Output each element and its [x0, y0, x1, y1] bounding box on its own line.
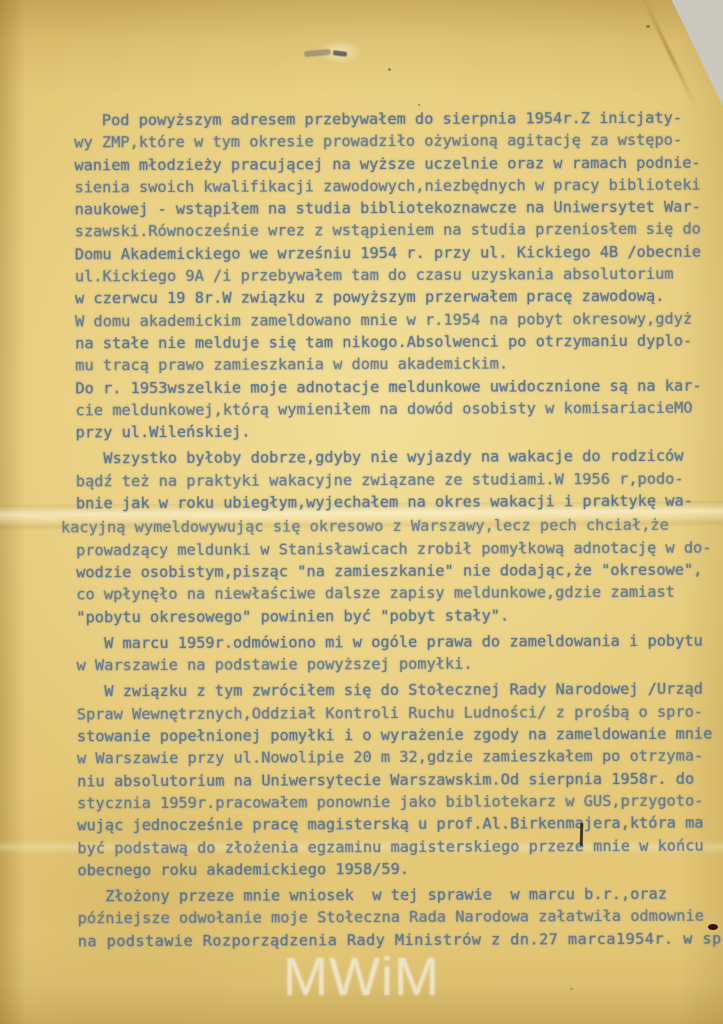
text-line: Pod powyższym adresem przebywałem do sie…	[74, 107, 714, 132]
text-line: przy ul.Wileńskiej.	[76, 419, 716, 444]
text-line: W związku z tym zwróciłem się do Stołecz…	[77, 678, 717, 703]
text-line: sienia swoich kwalifikacji zawodowych,ni…	[74, 173, 714, 198]
paragraph: Pod powyższym adresem przebywałem do sie…	[74, 107, 715, 444]
text-line: bądź też na praktyki wakacyjne związane …	[76, 467, 716, 492]
text-line: wy ZMP,które w tym okresie prowadziło oż…	[74, 129, 714, 154]
text-line: kacyjną wymeldowywując się okresowo z Wa…	[61, 514, 716, 539]
text-line: naukowej - wstąpiłem na studia bibliotek…	[75, 196, 715, 221]
text-line: szawski.Równocześnie wrez z wstąpieniem …	[75, 218, 715, 243]
text-block: Pod powyższym adresem przebywałem do sie…	[74, 107, 718, 953]
text-line: późniejsze odwołanie moje Stołeczna Rada…	[78, 905, 718, 930]
archive-watermark: MWiM	[0, 946, 723, 1008]
paper-speck	[646, 25, 650, 28]
text-line: Spraw Wewnętrznych,Oddział Kontroli Ruch…	[77, 700, 717, 725]
paper-speck	[418, 104, 420, 106]
text-line: Złożony przeze mnie wniosek w tej sprawi…	[78, 883, 718, 908]
text-line: ul.Kickiego 9A /i przebywałem tam do cza…	[75, 263, 715, 288]
text-line: prowadzący meldunki w Stanisławicach zro…	[76, 536, 716, 561]
text-line: W marcu 1959r.odmówiono mi w ogóle prawa…	[76, 629, 716, 654]
ink-dot-mark	[708, 924, 718, 930]
text-line: stycznia 1959r.pracowałem ponownie jako …	[77, 790, 717, 815]
text-line: Wszystko byłoby dobrze,gdyby nie wyjazdy…	[76, 445, 716, 470]
text-line: "pobytu okresowego" powinien być "pobyt …	[76, 603, 716, 628]
text-line: cie meldunkowej,którą wymieniłem na dowó…	[75, 396, 715, 421]
scanned-document-photo: { "document": { "watermark": "MWiM", "pa…	[0, 0, 723, 1024]
text-line: niu absolutorium na Uniwersytecie Warsza…	[77, 767, 717, 792]
paper-speck	[208, 160, 211, 162]
pencil-smudge-mark	[300, 42, 356, 62]
text-line: wując jednocześnie pracę magisterską u p…	[77, 812, 717, 837]
paragraph: kacyjną wymeldowywując się okresowo z Wa…	[76, 514, 716, 628]
text-line: co wpłynęło na niewłaściwe dalsze zapisy…	[76, 581, 716, 606]
text-line: waniem młodzieży pracującej na wyższe uc…	[74, 151, 714, 176]
text-line: Do r. 1953wszelkie moje adnotacje meldun…	[75, 374, 715, 399]
text-line: na stałe nie melduje się tam nikogo.Abso…	[75, 330, 715, 355]
paper-speck	[388, 68, 391, 71]
text-line: mu tracą prawo zamieszkania w domu akade…	[75, 352, 715, 377]
text-line: w Warszawie przy ul.Nowolipie 20 m 32,gd…	[77, 745, 717, 770]
text-line: Domu Akademickiego we wrześniu 1954 r. p…	[75, 240, 715, 265]
paragraph: Wszystko byłoby dobrze,gdyby nie wyjazdy…	[76, 445, 716, 515]
paragraph: W związku z tym zwróciłem się do Stołecz…	[77, 678, 718, 881]
paper-sheet: Pod powyższym adresem przebywałem do sie…	[0, 0, 723, 1024]
text-line: w Warszawie na podstawie powyższej pomył…	[77, 652, 717, 677]
paragraph: W marcu 1959r.odmówiono mi w ogóle prawa…	[76, 629, 716, 676]
text-line: być podstawą do złożenia egzaminu magist…	[77, 834, 717, 859]
paragraph: Złożony przeze mnie wniosek w tej sprawi…	[78, 883, 718, 953]
text-line: obecnego roku akademickiego 1958/59.	[77, 856, 717, 881]
text-line: w czerwcu 19 8r.W związku z powyższym pr…	[75, 285, 715, 310]
text-line: bnie jak w roku ubiegłym,wyjechałem na o…	[76, 490, 716, 515]
text-line: wodzie osobistym,pisząc "na zamieszkanie…	[76, 559, 716, 584]
text-line: stowanie popełnionej pomyłki i o wyrażen…	[77, 723, 717, 748]
text-line: W domu akademickim zameldowano mnie w r.…	[75, 307, 715, 332]
